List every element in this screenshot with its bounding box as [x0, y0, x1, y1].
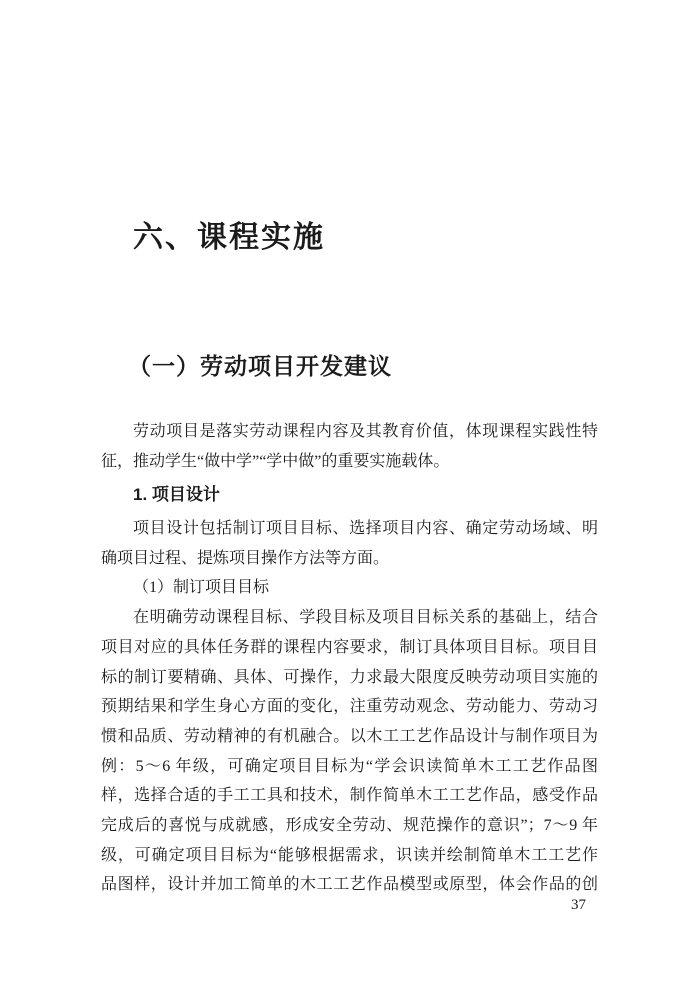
paragraph-line: 例：5～6 年级，可确定项目目标为“学会识读简单木工工艺作品图 [101, 752, 598, 782]
paragraph-intro: 劳动项目是落实劳动课程内容及其教育价值，体现课程实践性特 征，推动学生“做中学”… [101, 417, 598, 476]
paragraph-line: 级，可确定项目目标为“能够根据需求，识读并绘制简单木工工艺作 [101, 841, 598, 871]
paragraph-line: 惯和品质、劳动精神的有机融合。以木工工艺作品设计与制作项目为 [101, 722, 598, 752]
chapter-title: 六、课程实施 [133, 220, 325, 256]
paragraph-line: 标的制订要精确、具体、可操作，力求最大限度反映劳动项目实施的 [101, 663, 598, 693]
paragraph-line: 完成后的喜悦与成就感，形成安全劳动、规范操作的意识”；7～9 年 [101, 811, 598, 841]
section-title: （一）劳动项目开发建议 [128, 351, 392, 383]
paragraph-line: 样，选择合适的手工工具和技术，制作简单木工工艺作品，感受作品 [101, 781, 598, 811]
numbered-subheading-goal: （1）制订项目目标 [101, 573, 598, 603]
paragraph-line: 项目设计包括制订项目目标、选择项目内容、确定劳动场域、明 [101, 514, 598, 544]
paragraph-line: 预期结果和学生身心方面的变化，注重劳动观念、劳动能力、劳动习 [101, 692, 598, 722]
document-page: 六、课程实施 （一）劳动项目开发建议 劳动项目是落实劳动课程内容及其教育价值，体… [0, 0, 695, 982]
paragraph-line: 项目对应的具体任务群的课程内容要求，制订具体项目目标。项目目 [101, 633, 598, 663]
page-number: 37 [101, 895, 586, 915]
paragraph-line: 劳动项目是落实劳动课程内容及其教育价值，体现课程实践性特 [101, 417, 598, 447]
numbered-heading-project-design: 1. 项目设计 [101, 480, 598, 510]
paragraph-line: 征，推动学生“做中学”“学中做”的重要实施载体。 [101, 447, 598, 477]
section-body: 项目设计包括制订项目目标、选择项目内容、确定劳动场域、明 确项目过程、提炼项目操… [101, 514, 598, 900]
paragraph-line: 在明确劳动课程目标、学段目标及项目目标关系的基础上，结合 [101, 603, 598, 633]
paragraph-line: 确项目过程、提炼项目操作方法等方面。 [101, 544, 598, 574]
